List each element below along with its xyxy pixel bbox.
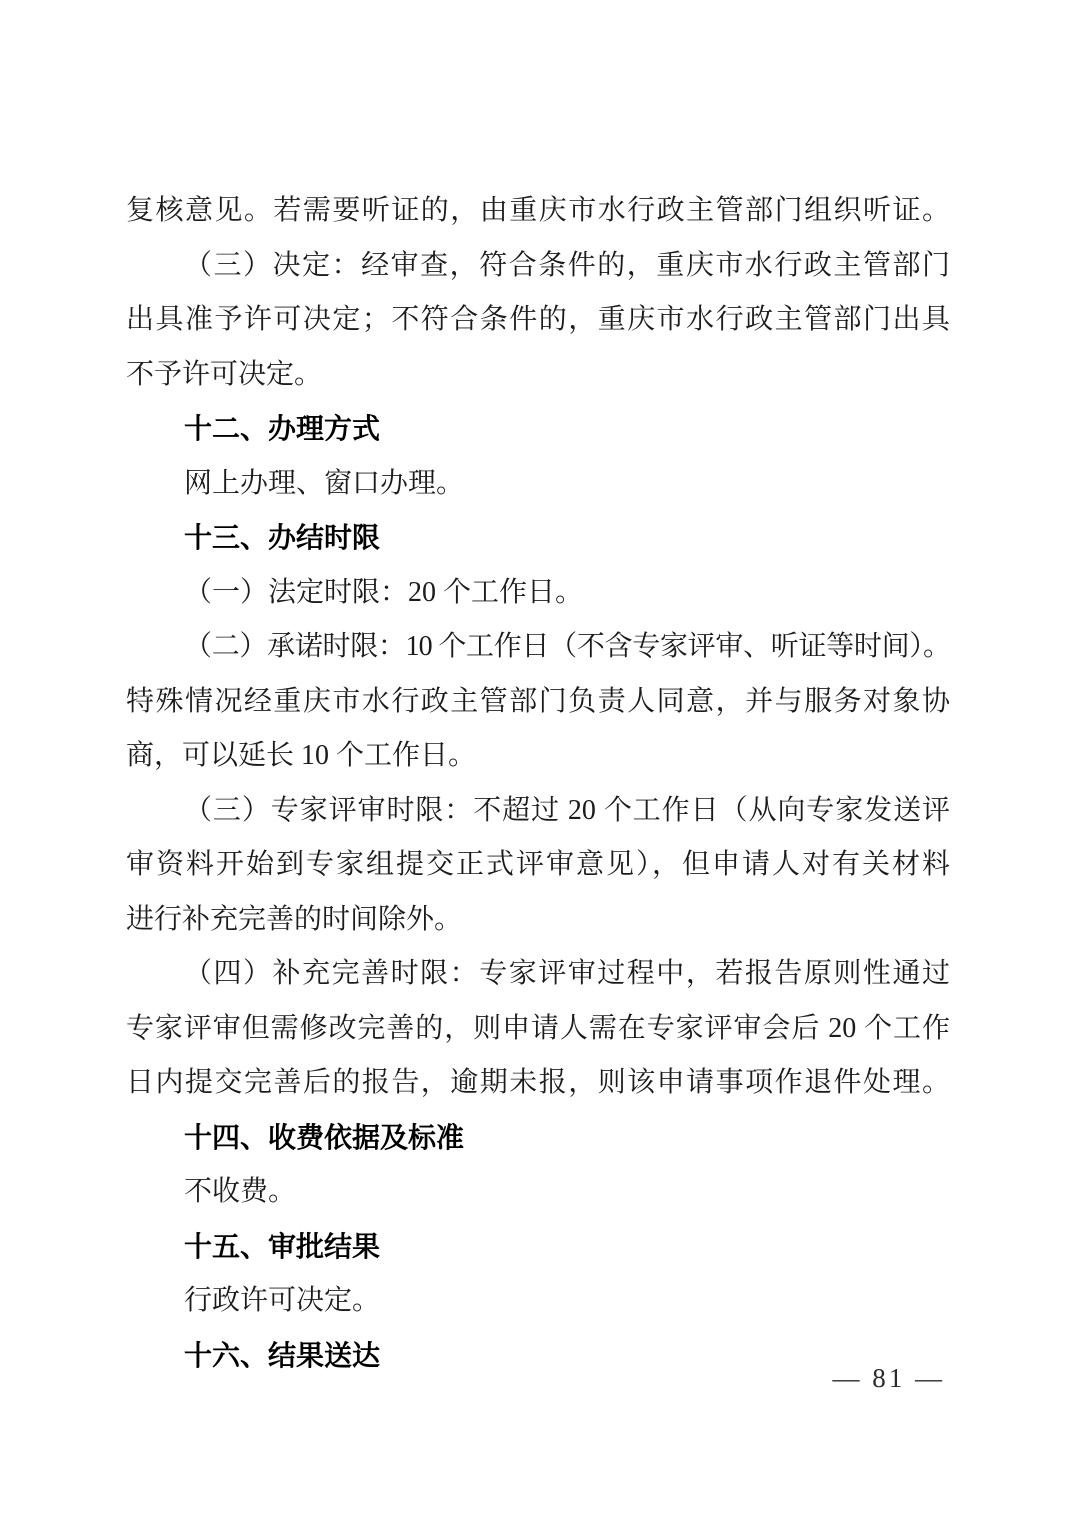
text-line: （二）承诺时限：10 个工作日（不含专家评审、听证等时间）。 bbox=[126, 620, 950, 675]
section-heading: 十六、结果送达 bbox=[126, 1329, 950, 1384]
section-heading: 十三、办结时限 bbox=[126, 511, 950, 566]
text-line: 行政许可决定。 bbox=[126, 1274, 950, 1329]
text-line: （四）补充完善时限：专家评审过程中，若报告原则性通过 bbox=[126, 947, 950, 1002]
text-line: 出具准予许可决定；不符合条件的，重庆市水行政主管部门出具 bbox=[126, 293, 950, 348]
text-line: 不收费。 bbox=[126, 1165, 950, 1220]
text-line: 进行补充完善的时间除外。 bbox=[126, 893, 950, 948]
section-heading: 十二、办理方式 bbox=[126, 402, 950, 457]
text-line: 网上办理、窗口办理。 bbox=[126, 457, 950, 512]
text-line: （一）法定时限：20 个工作日。 bbox=[126, 566, 950, 621]
section-heading: 十五、审批结果 bbox=[126, 1220, 950, 1275]
document-body: 复核意见。若需要听证的，由重庆市水行政主管部门组织听证。 （三）决定：经审查，符… bbox=[126, 184, 950, 1383]
text-line: 日内提交完善后的报告，逾期未报，则该申请事项作退件处理。 bbox=[126, 1056, 950, 1111]
text-line: （三）决定：经审查，符合条件的，重庆市水行政主管部门 bbox=[126, 239, 950, 294]
text-line: 特殊情况经重庆市水行政主管部门负责人同意，并与服务对象协 bbox=[126, 675, 950, 730]
page-number: — 81 — bbox=[833, 1363, 946, 1394]
text-line: （三）专家评审时限：不超过 20 个工作日（从向专家发送评 bbox=[126, 784, 950, 839]
text-line: 商，可以延长 10 个工作日。 bbox=[126, 729, 950, 784]
text-line: 复核意见。若需要听证的，由重庆市水行政主管部门组织听证。 bbox=[126, 184, 950, 239]
text-line: 专家评审但需修改完善的，则申请人需在专家评审会后 20 个工作 bbox=[126, 1002, 950, 1057]
document-page: 复核意见。若需要听证的，由重庆市水行政主管部门组织听证。 （三）决定：经审查，符… bbox=[0, 0, 1075, 1519]
section-heading: 十四、收费依据及标准 bbox=[126, 1111, 950, 1166]
text-line: 不予许可决定。 bbox=[126, 348, 950, 403]
text-line: 审资料开始到专家组提交正式评审意见），但申请人对有关材料 bbox=[126, 838, 950, 893]
